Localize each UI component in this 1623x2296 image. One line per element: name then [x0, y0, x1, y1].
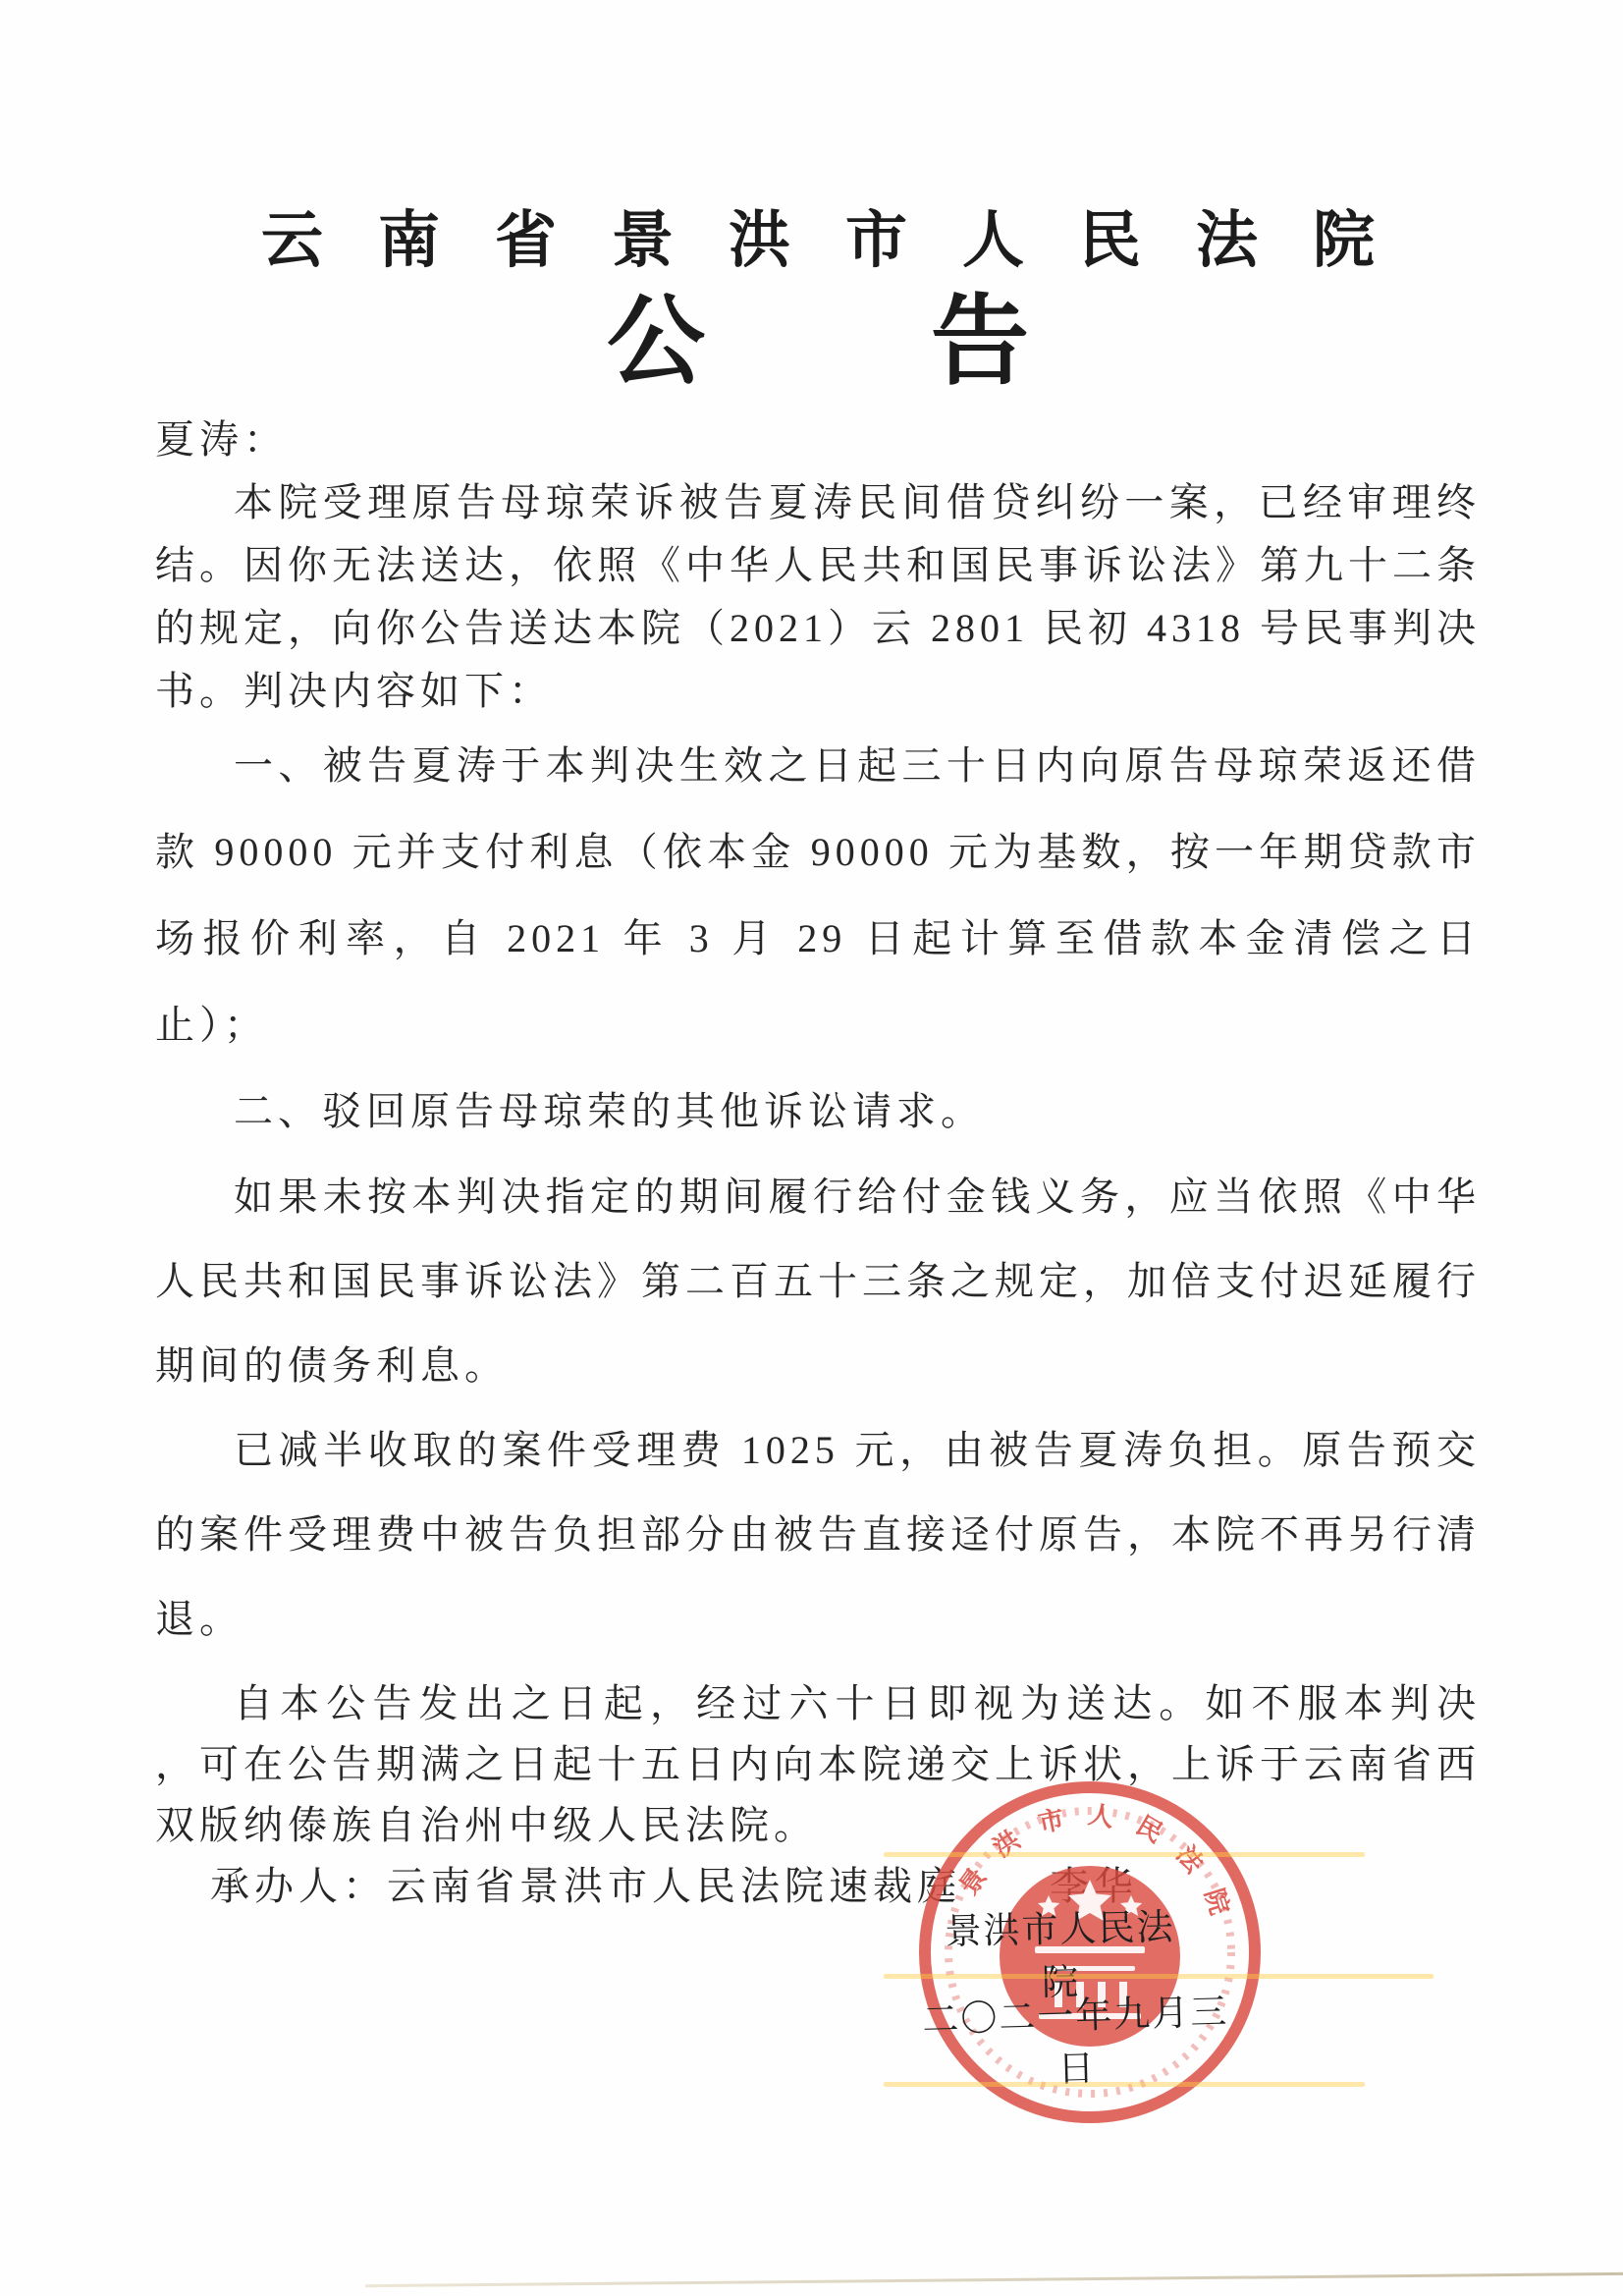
- document-body: 云南省景洪市人民法院 公告 夏涛： 本院受理原告母琼荣诉被告夏涛民间借贷纠纷一案…: [155, 0, 1481, 1917]
- signature-date: 二〇二一年九月三日: [910, 1981, 1243, 2096]
- scan-streak: [884, 1852, 1365, 1857]
- scan-streak: [884, 2082, 1365, 2087]
- announcement-title: 公告: [155, 291, 1481, 393]
- paragraph-late-performance: 如果未按本判决指定的期间履行给付金钱义务，应当依照《中华人民共和国民事诉讼法》第…: [155, 1155, 1481, 1408]
- paragraph-judgment-item-2: 二、驳回原告母琼荣的其他诉讼请求。: [155, 1068, 1481, 1155]
- scan-streak: [884, 1974, 1434, 1979]
- paragraph-judgment-item-1: 一、被告夏涛于本判决生效之日起三十日内向原告母琼荣返还借款 90000 元并支付…: [155, 723, 1481, 1068]
- page-edge-artifact: [365, 2272, 1623, 2287]
- paragraph-intro: 本院受理原告母琼荣诉被告夏涛民间借贷纠纷一案，已经审理终结。因你无法送达，依照《…: [155, 471, 1481, 723]
- paragraph-court-fee: 已减半收取的案件受理费 1025 元，由被告夏涛负担。原告预交的案件受理费中被告…: [155, 1408, 1481, 1662]
- undertaker-line: 承办人：云南省景洪市人民法院速裁庭 李华: [155, 1856, 1481, 1917]
- scanned-court-announcement-page: 云南省景洪市人民法院 公告 夏涛： 本院受理原告母琼荣诉被告夏涛民间借贷纠纷一案…: [0, 0, 1623, 2296]
- addressee-line: 夏涛：: [155, 409, 1481, 471]
- court-title: 云南省景洪市人民法院: [155, 208, 1481, 273]
- paragraph-service-appeal: 自本公告发出之日起，经过六十日即视为送达。如不服本判决 ，可在公告期满之日起十五…: [155, 1673, 1481, 1856]
